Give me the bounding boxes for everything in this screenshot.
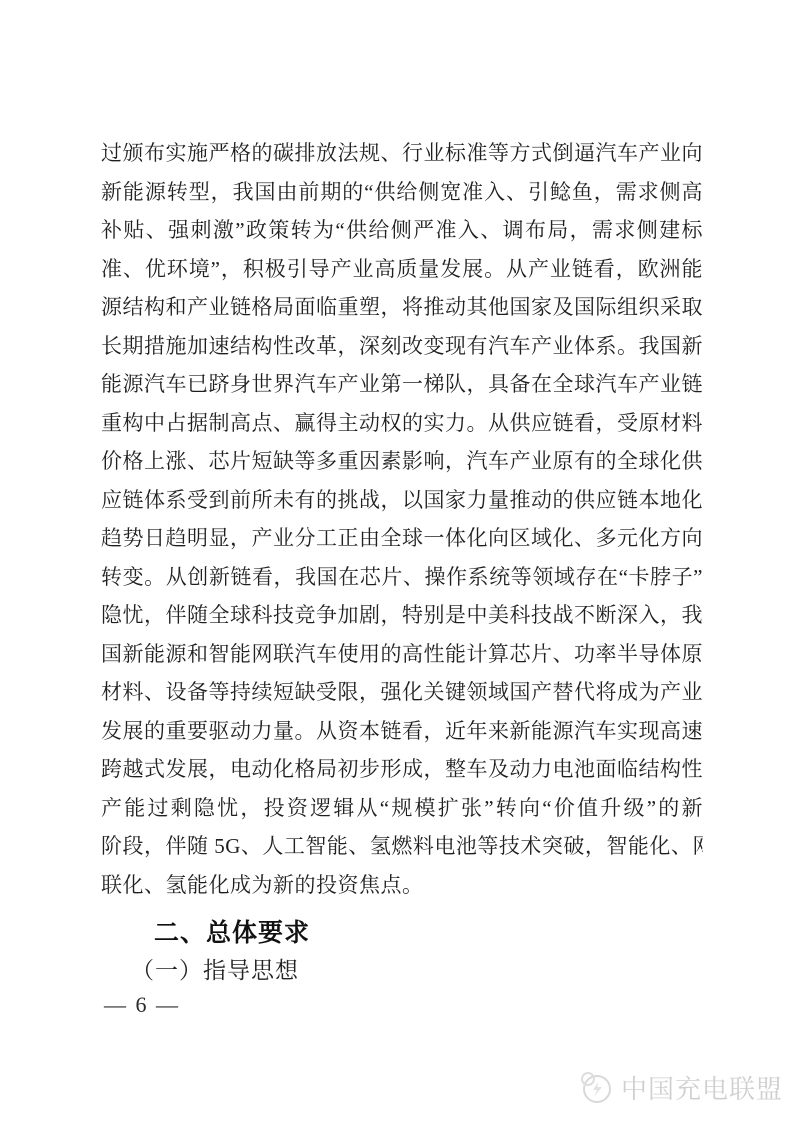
page-number: — 6 — — [104, 992, 180, 1018]
body-line: 国新能源和智能网联汽车使用的高性能计算芯片、功率半导体原 — [101, 635, 703, 674]
body-line: 跨越式发展，电动化格局初步形成，整车及动力电池面临结构性 — [101, 750, 703, 789]
body-line: 过颁布实施严格的碳排放法规、行业标准等方式倒逼汽车产业向 — [101, 134, 703, 173]
body-line: 阶段，伴随 5G、人工智能、氢燃料电池等技术突破，智能化、网 — [101, 827, 703, 866]
body-line: 发展的重要驱动力量。从资本链看，近年来新能源汽车实现高速 — [101, 712, 703, 751]
body-line: 产能过剩隐忧，投资逻辑从“规模扩张”转向“价值升级”的新 — [101, 789, 703, 828]
body-line: 隐忧，伴随全球科技竞争加剧，特别是中美科技战不断深入，我 — [101, 596, 703, 635]
document-page: 过颁布实施严格的碳排放法规、行业标准等方式倒逼汽车产业向 新能源转型，我国由前期… — [0, 0, 793, 1122]
body-line: 补贴、强刺激”政策转为“供给侧严准入、调布局，需求侧建标 — [101, 211, 703, 250]
body-line: 新能源转型，我国由前期的“供给侧宽准入、引鲶鱼，需求侧高 — [101, 173, 703, 212]
body-line: 准、优环境”，积极引导产业高质量发展。从产业链看，欧洲能 — [101, 250, 703, 289]
body-line: 趋势日趋明显，产业分工正由全球一体化向区域化、多元化方向 — [101, 519, 703, 558]
watermark-text: 中国充电联盟 — [621, 1069, 783, 1106]
section-heading: 二、总体要求 — [101, 914, 703, 952]
body-line: 价格上涨、芯片短缺等多重因素影响，汽车产业原有的全球化供 — [101, 442, 703, 481]
body-line: 源结构和产业链格局面临重塑，将推动其他国家及国际组织采取 — [101, 288, 703, 327]
document-body: 过颁布实施严格的碳排放法规、行业标准等方式倒逼汽车产业向 新能源转型，我国由前期… — [101, 134, 703, 990]
subsection-heading: （一）指导思想 — [101, 952, 703, 990]
china-charging-alliance-logo-icon — [576, 1068, 614, 1106]
body-line: 转变。从创新链看，我国在芯片、操作系统等领域存在“卡脖子” — [101, 558, 703, 597]
body-line: 重构中占据制高点、赢得主动权的实力。从供应链看，受原材料 — [101, 404, 703, 443]
body-line: 能源汽车已跻身世界汽车产业第一梯队，具备在全球汽车产业链 — [101, 365, 703, 404]
body-line: 应链体系受到前所未有的挑战，以国家力量推动的供应链本地化 — [101, 481, 703, 520]
body-line: 联化、氢能化成为新的投资焦点。 — [101, 866, 703, 905]
body-line: 长期措施加速结构性改革，深刻改变现有汽车产业体系。我国新 — [101, 327, 703, 366]
watermark: 中国充电联盟 — [576, 1068, 783, 1106]
body-line: 材料、设备等持续短缺受限，强化关键领域国产替代将成为产业 — [101, 673, 703, 712]
